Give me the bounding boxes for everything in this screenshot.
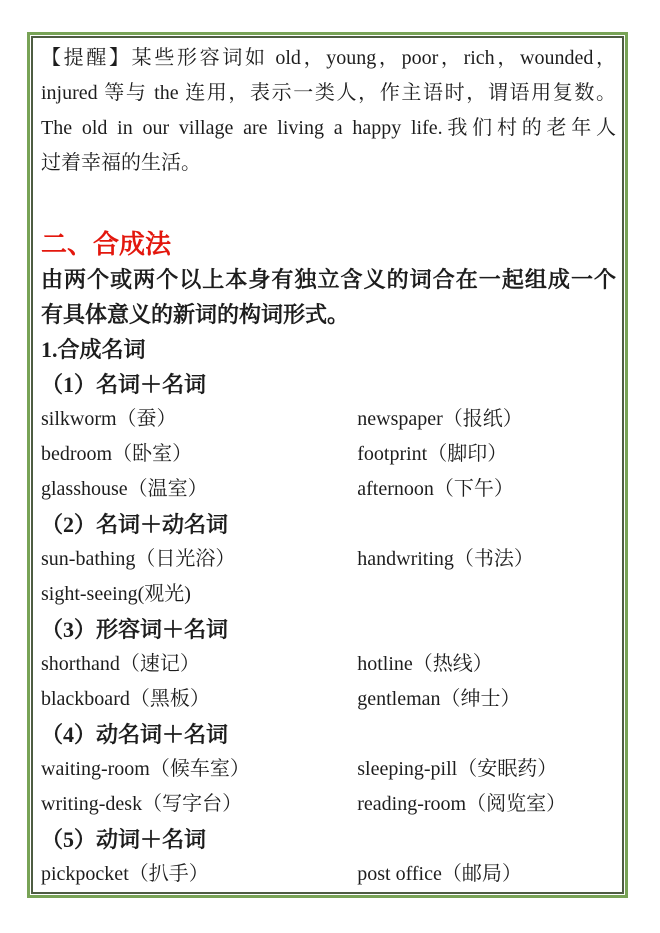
vocab-item-left: bedroom（卧室） [41,437,357,472]
vocab-item-left: shorthand（速记） [41,647,357,682]
subsection-title: 1.合成名词 [41,332,616,367]
word-group: （3）形容词＋名词 shorthand（速记） hotline（热线） blac… [41,612,616,717]
word-group: （4）动名词＋名词 waiting-room（候车室） sleeping-pil… [41,717,616,822]
vocab-item-left: writing-desk（写字台） [41,787,357,822]
vocab-row: shorthand（速记） hotline（热线） [41,647,616,682]
vocab-item-right: afternoon（下午） [357,472,616,507]
vocab-item-right [357,577,616,612]
vocab-item-right: sleeping-pill（安眠药） [357,752,616,787]
group-label: （5）动词＋名词 [41,822,616,857]
vocab-row: writing-desk（写字台） reading-room（阅览室） [41,787,616,822]
content-area: 【提醒】某些形容词如 old，young，poor，rich，wounded， … [31,36,624,894]
group-label: （2）名词＋动名词 [41,507,616,542]
page-border-frame: 【提醒】某些形容词如 old，young，poor，rich，wounded， … [27,32,628,898]
vocab-item-right: gentleman（绅士） [357,682,616,717]
reminder-line: 过着幸福的生活。 [41,146,616,181]
vocab-item-right: post office（邮局） [357,857,616,892]
vocab-item-left: waiting-room（候车室） [41,752,357,787]
section-heading: 二、合成法 [41,227,616,262]
word-group: （5）动词＋名词 pickpocket（扒手） post office（邮局） [41,822,616,892]
vocab-item-left: sun-bathing（日光浴） [41,542,357,577]
vocab-row: sun-bathing（日光浴） handwriting（书法） [41,542,616,577]
reminder-line: The old in our village are living a happ… [41,111,616,146]
reminder-line: injured 等与 the 连用，表示一类人，作主语时，谓语用复数。 [41,76,616,111]
vocab-item-left: silkworm（蚕） [41,402,357,437]
vocab-row: waiting-room（候车室） sleeping-pill（安眠药） [41,752,616,787]
vocab-row: blackboard（黑板） gentleman（绅士） [41,682,616,717]
group-label: （3）形容词＋名词 [41,612,616,647]
vocab-item-left: sight-seeing(观光) [41,577,357,612]
vocab-row: silkworm（蚕） newspaper（报纸） [41,402,616,437]
vocab-item-left: blackboard（黑板） [41,682,357,717]
document-page: 【提醒】某些形容词如 old，young，poor，rich，wounded， … [0,0,660,933]
vocab-row: sight-seeing(观光) [41,577,616,612]
vocab-item-left: pickpocket（扒手） [41,857,357,892]
reminder-line: 【提醒】某些形容词如 old，young，poor，rich，wounded， [41,41,616,76]
reminder-paragraph: 【提醒】某些形容词如 old，young，poor，rich，wounded， … [41,41,616,181]
word-group: （2）名词＋动名词 sun-bathing（日光浴） handwriting（书… [41,507,616,612]
vocab-item-left: glasshouse（温室） [41,472,357,507]
vocab-item-right: handwriting（书法） [357,542,616,577]
description-line: 由两个或两个以上本身有独立含义的词合在一起组成一个 [41,262,616,297]
section-description: 由两个或两个以上本身有独立含义的词合在一起组成一个 有具体意义的新词的构词形式。 [41,262,616,332]
vocab-item-right: reading-room（阅览室） [357,787,616,822]
group-label: （4）动名词＋名词 [41,717,616,752]
vocab-row: pickpocket（扒手） post office（邮局） [41,857,616,892]
group-label: （1）名词＋名词 [41,367,616,402]
vocab-row: glasshouse（温室） afternoon（下午） [41,472,616,507]
vocab-item-right: newspaper（报纸） [357,402,616,437]
word-group: （1）名词＋名词 silkworm（蚕） newspaper（报纸） bedro… [41,367,616,507]
description-line: 有具体意义的新词的构词形式。 [41,297,616,332]
vocab-item-right: hotline（热线） [357,647,616,682]
vocab-item-right: footprint（脚印） [357,437,616,472]
vocab-row: bedroom（卧室） footprint（脚印） [41,437,616,472]
